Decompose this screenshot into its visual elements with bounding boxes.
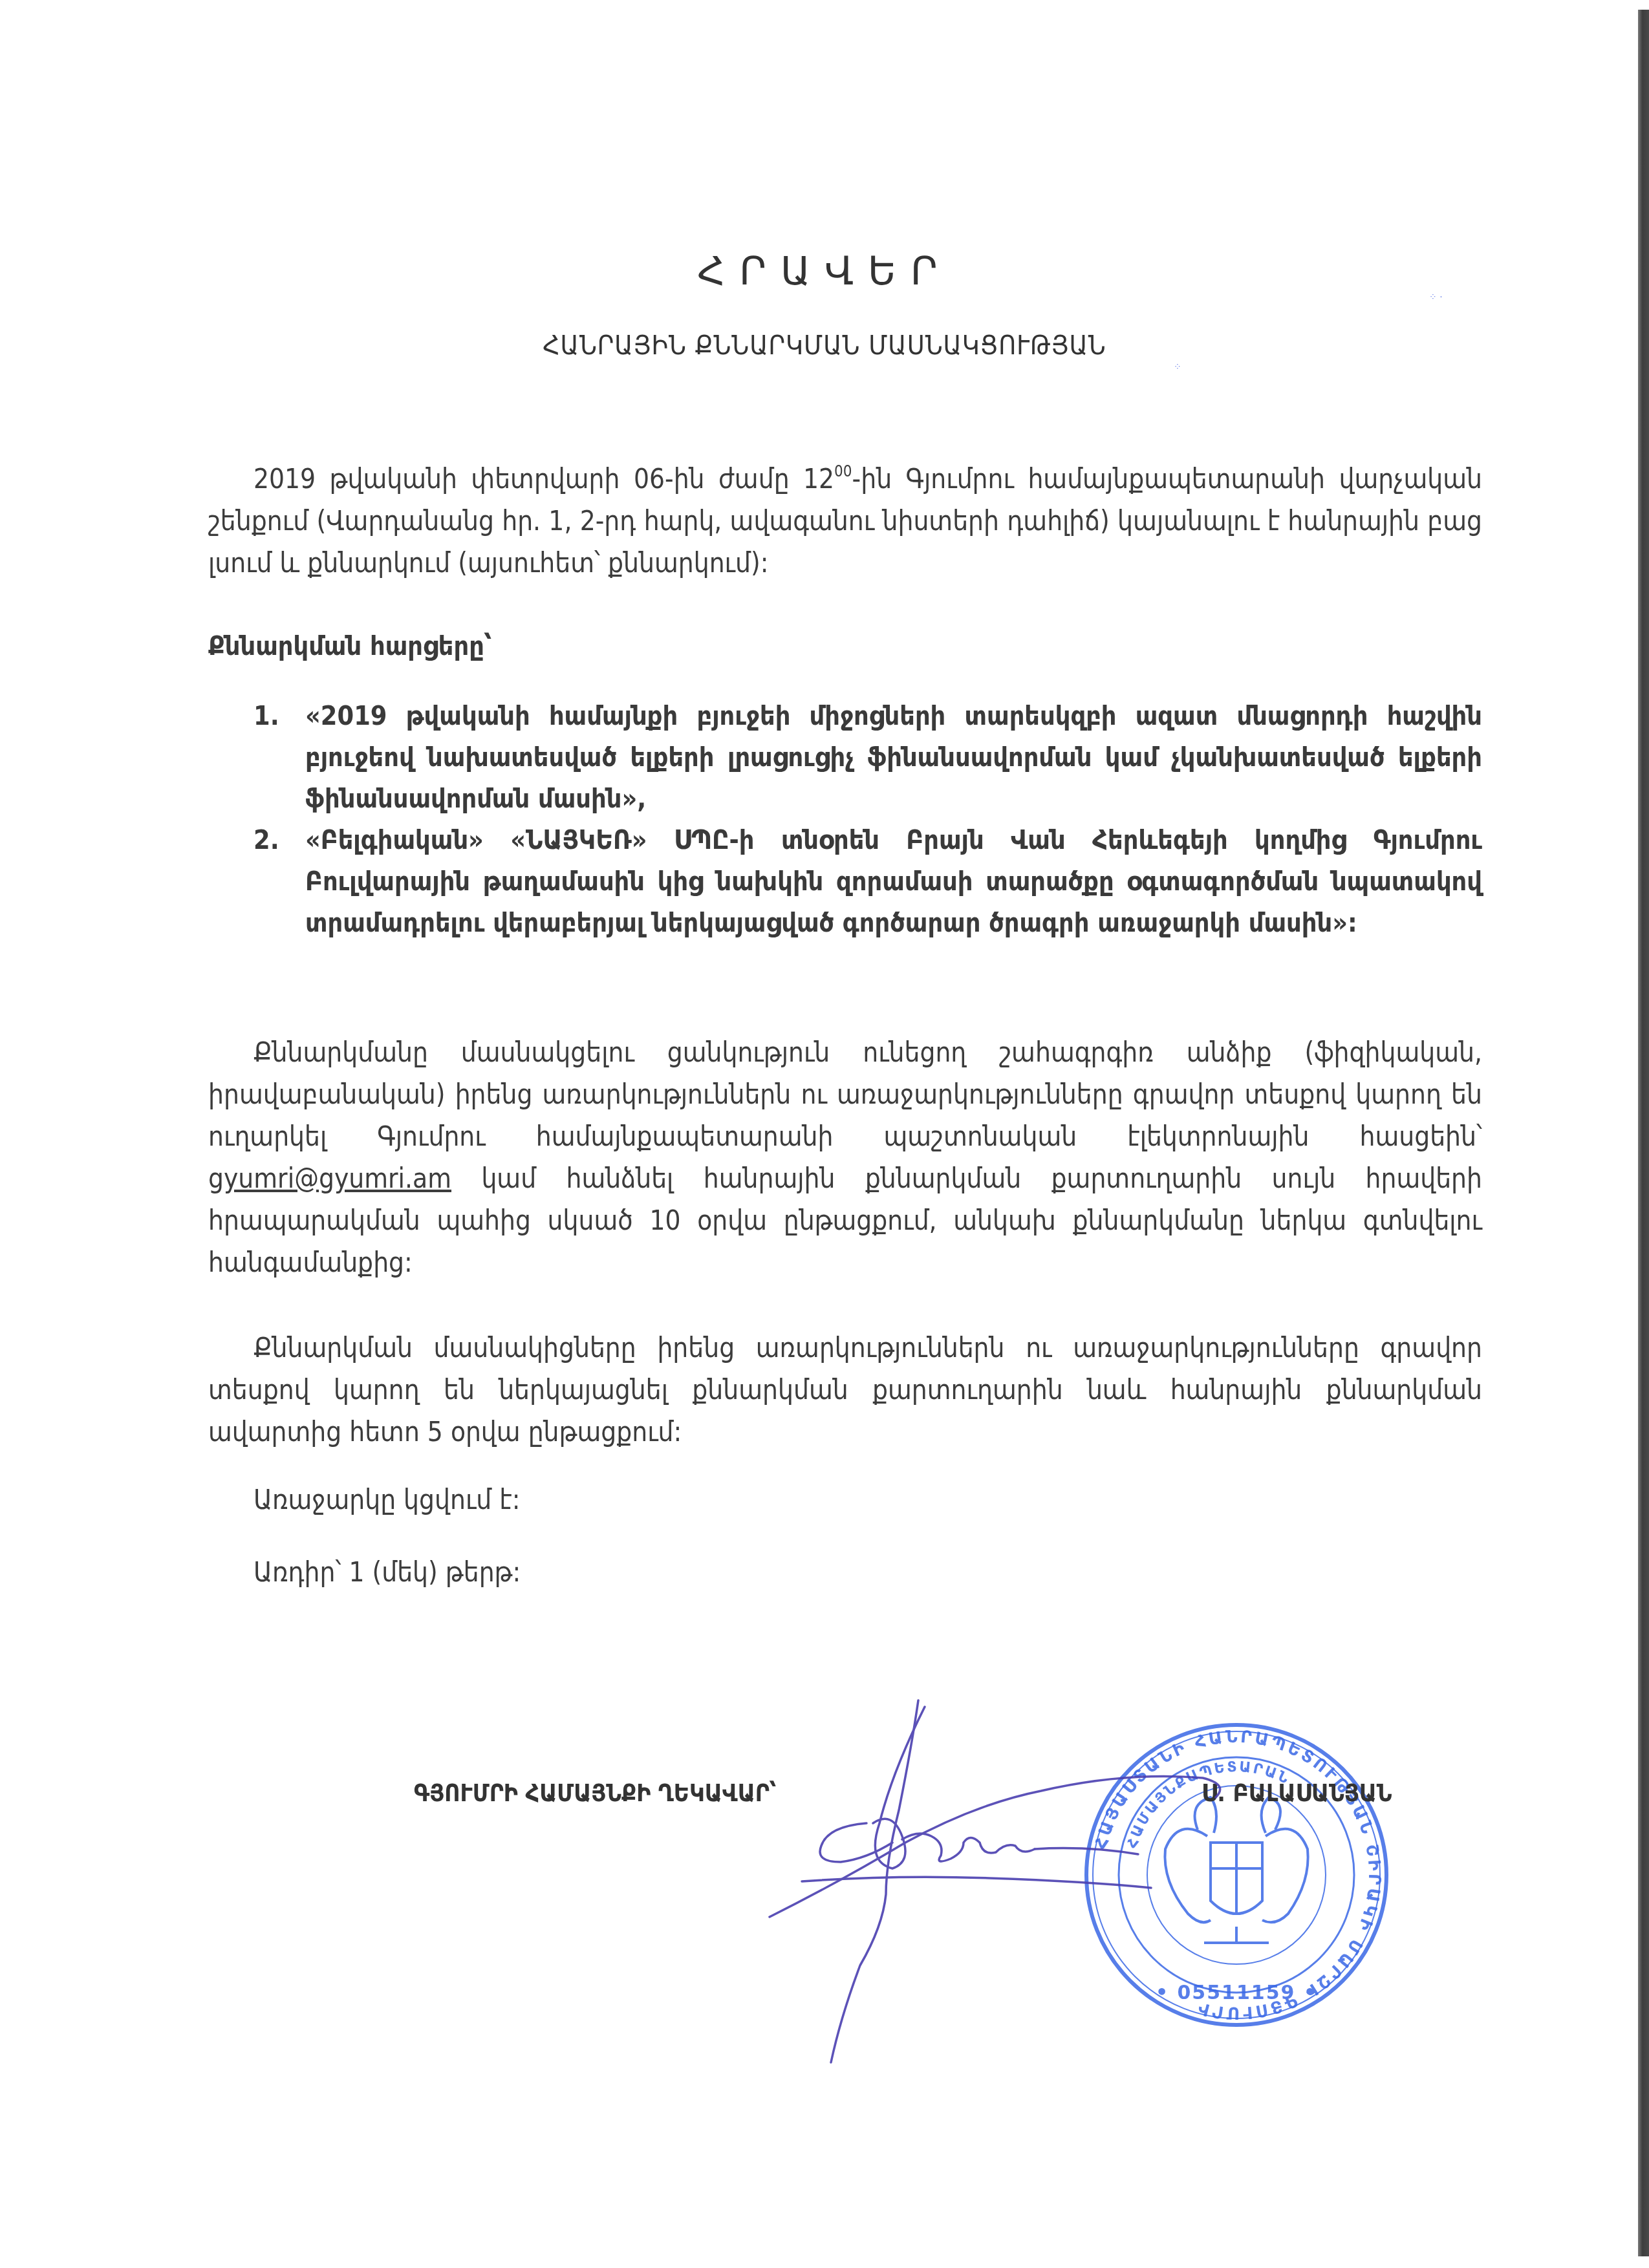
document-title: ՀՐԱՎԵՐ: [0, 249, 1649, 294]
issues-list: 1. «2019 թվականի համայնքի բյուջեի միջոցն…: [208, 695, 1482, 943]
email-link[interactable]: gyumri@gyumri.am: [208, 1162, 451, 1194]
signatory-title: ԳՅՈՒՄՐԻ ՀԱՄԱՅՆՔԻ ՂԵԿԱՎԱՐ՝: [414, 1779, 776, 1807]
pages-line: Առդիր՝ 1 (մեկ) թերթ:: [253, 1556, 521, 1588]
issue-item-1: 1. «2019 թվականի համայնքի բյուջեի միջոցն…: [208, 695, 1482, 819]
time-superscript: 00: [834, 462, 852, 480]
ink-speck-icon: ⁘: [1174, 362, 1181, 372]
document-page: ՀՐԱՎԵՐ ՀԱՆՐԱՅԻՆ ՔՆՆԱՐԿՄԱՆ ՄԱՍՆԱԿՑՈՒԹՅԱՆ …: [0, 0, 1649, 2268]
issues-heading: Քննարկման հարցերը՝: [208, 630, 491, 661]
intro-text-part1: 2019 թվականի փետրվարի 06-ին ժամը 12: [253, 463, 834, 495]
issue-number: 2.: [253, 819, 279, 861]
issue-item-2: 2. «Բելգիական» «ՆԱՅԿԵՌ» ՍՊԸ-ի տնօրեն Բրա…: [208, 819, 1482, 943]
participation-paragraph: Քննարկմանը մասնակցելու ցանկություն ունեց…: [208, 1031, 1482, 1283]
issue-number: 1.: [253, 695, 279, 736]
document-subtitle: ՀԱՆՐԱՅԻՆ ՔՆՆԱՐԿՄԱՆ ՄԱՍՆԱԿՑՈՒԹՅԱՆ: [0, 330, 1649, 361]
participants-paragraph: Քննարկման մասնակիցները իրենց առարկությու…: [208, 1327, 1482, 1453]
handwritten-signature-icon: [763, 1694, 1345, 2082]
intro-paragraph: 2019 թվականի փետրվարի 06-ին ժամը 1200-ին…: [208, 458, 1482, 584]
issue-text: «Բելգիական» «ՆԱՅԿԵՌ» ՍՊԸ-ի տնօրեն Բրայն …: [305, 824, 1482, 938]
ink-speck-icon: ⁘ ·: [1429, 292, 1443, 303]
issue-text: «2019 թվականի համայնքի բյուջեի միջոցների…: [305, 700, 1482, 814]
participation-text-part1: Քննարկմանը մասնակցելու ցանկություն ունեց…: [208, 1036, 1482, 1152]
attachment-line: Առաջարկը կցվում է:: [253, 1484, 520, 1515]
